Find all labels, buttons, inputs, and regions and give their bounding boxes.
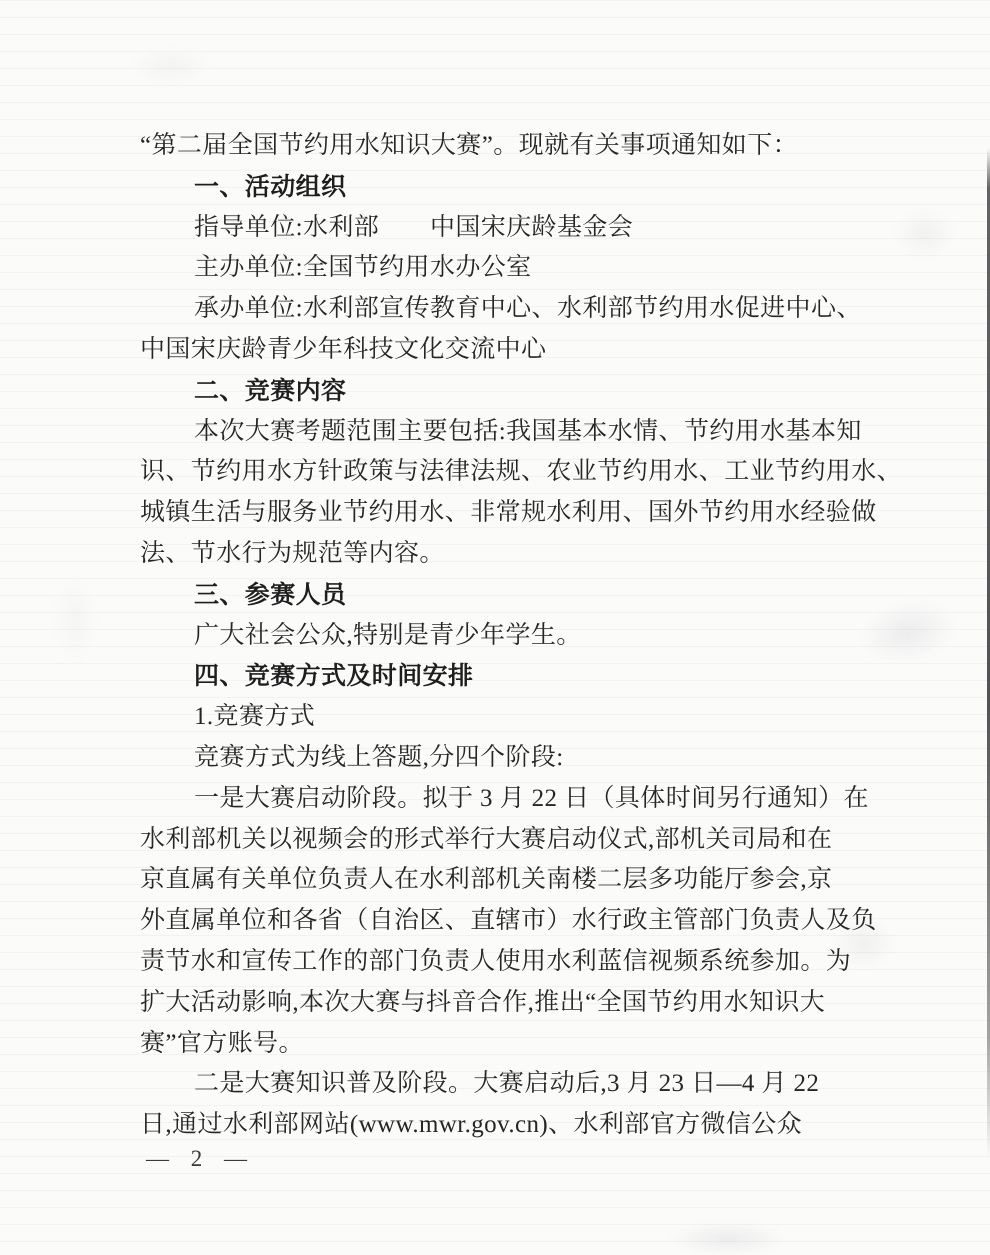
stage-one-line-5: 责节水和宣传工作的部门负责人使用水利蓝信视频系统参加。为 bbox=[140, 942, 862, 983]
organizer-unit-continued-line: 中国宋庆龄青少年科技文化交流中心 bbox=[140, 330, 862, 371]
participants-line: 广大社会公众,特别是青少年学生。 bbox=[140, 616, 862, 657]
scan-smudge bbox=[852, 590, 963, 673]
host-unit-line: 主办单位:全国节约用水办公室 bbox=[140, 248, 862, 289]
stage-one-line-1: 一是大赛启动阶段。拟于 3 月 22 日（具体时间另行通知）在 bbox=[140, 779, 862, 820]
content-scope-line-3: 城镇生活与服务业节约用水、非常规水利用、国外节约用水经验做 bbox=[140, 493, 862, 534]
document-text-block: “第二届全国节约用水知识大赛”。现就有关事项通知如下： 一、活动组织 指导单位:… bbox=[140, 126, 862, 1146]
intro-continuation-line: “第二届全国节约用水知识大赛”。现就有关事项通知如下： bbox=[140, 126, 862, 167]
scan-smudge bbox=[668, 1222, 788, 1255]
stage-two-line-2: 日,通过水利部网站(www.mwr.gov.cn)、水利部官方微信公众 bbox=[140, 1105, 862, 1146]
scanned-document-page: “第二届全国节约用水知识大赛”。现就有关事项通知如下： 一、活动组织 指导单位:… bbox=[0, 0, 990, 1255]
scan-smudge bbox=[893, 208, 957, 260]
content-scope-line-1: 本次大赛考题范围主要包括:我国基本水情、节约用水基本知 bbox=[140, 412, 862, 453]
heading-participants: 三、参赛人员 bbox=[140, 575, 862, 616]
heading-activity-organization: 一、活动组织 bbox=[140, 167, 862, 208]
heading-method-and-schedule: 四、竞赛方式及时间安排 bbox=[140, 656, 862, 697]
scan-smudge bbox=[52, 575, 98, 665]
stage-one-line-3: 京直属有关单位负责人在水利部机关南楼二层多功能厅参会,京 bbox=[140, 860, 862, 901]
organizer-unit-line: 承办单位:水利部宣传教育中心、水利部节约用水促进中心、 bbox=[140, 289, 862, 330]
content-scope-line-4: 法、节水行为规范等内容。 bbox=[140, 534, 862, 575]
page-number: — 2 — bbox=[146, 1144, 248, 1174]
stage-one-line-7: 赛”官方账号。 bbox=[140, 1024, 862, 1065]
scan-smudge bbox=[128, 46, 214, 86]
stage-two-line-1: 二是大赛知识普及阶段。大赛启动后,3 月 23 日—4 月 22 bbox=[140, 1064, 862, 1105]
stage-one-line-4: 外直属单位和各省（自治区、直辖市）水行政主管部门负责人及负 bbox=[140, 901, 862, 942]
heading-competition-content: 二、竞赛内容 bbox=[140, 371, 862, 412]
method-intro-line: 竞赛方式为线上答题,分四个阶段: bbox=[140, 738, 862, 779]
stage-one-line-2: 水利部机关以视频会的形式举行大赛启动仪式,部机关司局和在 bbox=[140, 820, 862, 861]
stage-one-line-6: 扩大活动影响,本次大赛与抖音合作,推出“全国节约用水知识大 bbox=[140, 983, 862, 1024]
content-scope-line-2: 识、节约用水方针政策与法律法规、农业节约用水、工业节约用水、 bbox=[140, 452, 862, 493]
subheading-competition-method: 1.竞赛方式 bbox=[140, 697, 862, 738]
guiding-unit-line: 指导单位:水利部 中国宋庆龄基金会 bbox=[140, 208, 862, 249]
